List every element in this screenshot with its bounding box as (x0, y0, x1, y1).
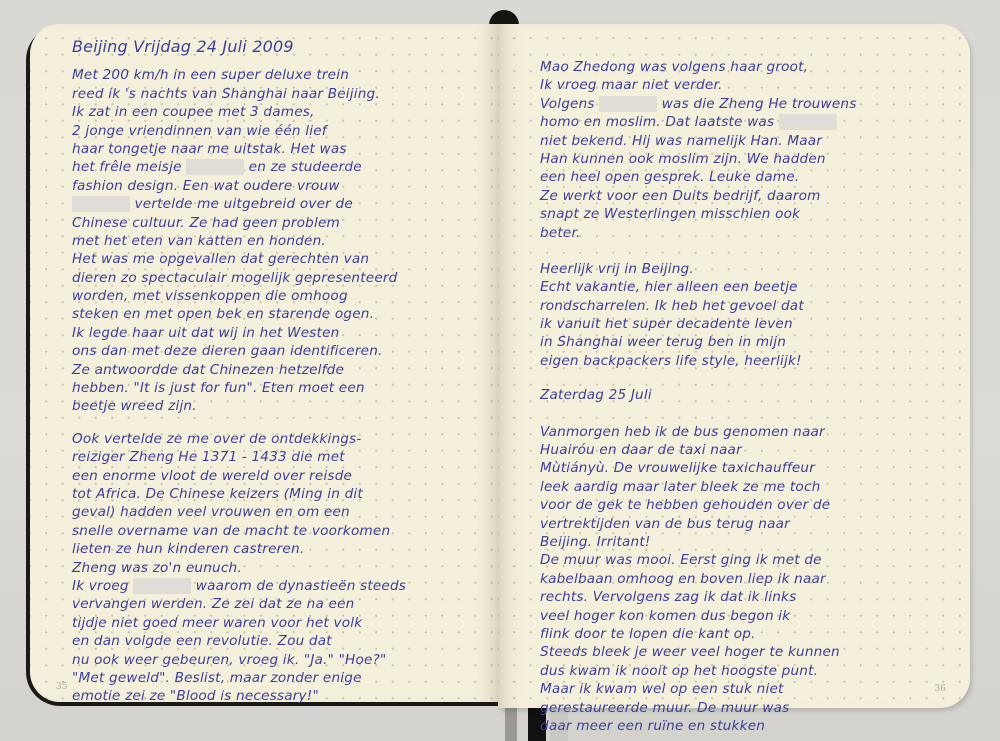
left-page-text: Beijing Vrijdag 24 Juli 2009 Met 200 km/… (72, 38, 488, 706)
handwritten-line: fashion design. Een wat oudere vrouw (72, 177, 488, 195)
paragraph: Zaterdag 25 Juli (540, 386, 960, 404)
handwritten-line: Volgens was die Zheng He trouwens (540, 95, 960, 113)
handwritten-line: Echt vakantie, hier alleen een beetje (540, 278, 960, 296)
left-page: Beijing Vrijdag 24 Juli 2009 Met 200 km/… (30, 24, 498, 702)
handwritten-line: Ik zat in een coupee met 3 dames, (72, 103, 488, 121)
right-paragraphs: Mao Zhedong was volgens haar groot,Ik vr… (540, 58, 960, 735)
handwritten-line: dieren zo spectaculair mogelijk gepresen… (72, 269, 488, 287)
handwritten-line: rechts. Vervolgens zag ik dat ik links (540, 588, 960, 606)
handwritten-line: Zaterdag 25 Juli (540, 386, 960, 404)
handwritten-line: lieten ze hun kinderen castreren. (72, 540, 488, 558)
handwritten-line: emotie zei ze "Blood is necessary!" (72, 687, 488, 705)
handwritten-line: vervangen werden. Ze zei dat ze na een (72, 595, 488, 613)
paragraph: Ook vertelde ze me over de ontdekkings-r… (72, 430, 488, 706)
handwritten-line: Mùtiányù. De vrouwelijke taxichauffeur (540, 459, 960, 477)
right-page-text: Mao Zhedong was volgens haar groot,Ik vr… (540, 58, 960, 735)
handwritten-line: Steeds bleek je weer veel hoger te kunne… (540, 643, 960, 661)
handwritten-line: Huairóu en daar de taxi naar (540, 441, 960, 459)
handwritten-line: niet bekend. Hij was namelijk Han. Maar (540, 132, 960, 150)
handwritten-line: flink door te lopen die kant op. (540, 625, 960, 643)
paragraph: Vanmorgen heb ik de bus genomen naarHuai… (540, 423, 960, 736)
handwritten-line: Zheng was zo'n eunuch. (72, 559, 488, 577)
handwritten-line: snapt ze Westerlingen misschien ook (540, 205, 960, 223)
entry-title: Beijing Vrijdag 24 Juli 2009 (72, 38, 488, 56)
handwritten-line: het frêle meisje en ze studeerde (72, 158, 488, 176)
handwritten-line: Vanmorgen heb ik de bus genomen naar (540, 423, 960, 441)
handwritten-line: beetje wreed zijn. (72, 397, 488, 415)
handwritten-line: en dan volgde een revolutie. Zou dat (72, 632, 488, 650)
handwritten-line: haar tongetje naar me uitstak. Het was (72, 140, 488, 158)
handwritten-line: Ik vroeg maar niet verder. (540, 76, 960, 94)
handwritten-line: steken en met open bek en starende ogen. (72, 305, 488, 323)
handwritten-line: hebben. "It is just for fun". Eten moet … (72, 379, 488, 397)
handwritten-line: vertrektijden van de bus terug naar (540, 515, 960, 533)
handwritten-line: ons dan met deze dieren gaan identificer… (72, 342, 488, 360)
page-number: 35 (56, 682, 67, 692)
handwritten-line: een heel open gesprek. Leuke dame. (540, 168, 960, 186)
paragraph: Mao Zhedong was volgens haar groot,Ik vr… (540, 58, 960, 242)
paragraph: Heerlijk vrij in Beijing.Echt vakantie, … (540, 260, 960, 370)
handwritten-line: Heerlijk vrij in Beijing. (540, 260, 960, 278)
handwritten-line: Ik legde haar uit dat wij in het Westen (72, 324, 488, 342)
redacted-name-block (779, 114, 837, 130)
handwritten-line: Maar ik kwam wel op een stuk niet (540, 680, 960, 698)
handwritten-line: geval) hadden veel vrouwen en om een (72, 503, 488, 521)
redacted-name-block (186, 159, 244, 175)
handwritten-line: Het was me opgevallen dat gerechten van (72, 250, 488, 268)
handwritten-line: tijdje niet goed meer waren voor het vol… (72, 614, 488, 632)
handwritten-line: Han kunnen ook moslim zijn. We hadden (540, 150, 960, 168)
page-number: 36 (935, 684, 946, 694)
handwritten-line: De muur was mooi. Eerst ging ik met de (540, 551, 960, 569)
redacted-name-block (599, 96, 657, 112)
paragraph: Met 200 km/h in een super deluxe treinre… (72, 66, 488, 415)
handwritten-line: dus kwam ik nooit op het hoogste punt. (540, 662, 960, 680)
handwritten-line: daar meer een ruïne en stukken (540, 717, 960, 735)
handwritten-line: worden, met vissenkoppen die omhoog (72, 287, 488, 305)
handwritten-line: Ik vroeg waarom de dynastieën steeds (72, 577, 488, 595)
handwritten-line: in Shanghai weer terug ben in mijn (540, 333, 960, 351)
handwritten-line: kabelbaan omhoog en boven liep ik naar (540, 570, 960, 588)
redacted-name-block (72, 196, 130, 212)
handwritten-line: gerestaureerde muur. De muur was (540, 699, 960, 717)
handwritten-line: voor de gek te hebben gehouden over de (540, 496, 960, 514)
handwritten-line: Chinese cultuur. Ze had geen problem (72, 214, 488, 232)
handwritten-line: "Met geweld". Beslist, maar zonder enige (72, 669, 488, 687)
handwritten-line: ik vanuit het super decadente leven (540, 315, 960, 333)
handwritten-line: Mao Zhedong was volgens haar groot, (540, 58, 960, 76)
handwritten-line: een enorme vloot de wereld over reisde (72, 467, 488, 485)
handwritten-line: Ze antwoordde dat Chinezen hetzelfde (72, 361, 488, 379)
handwritten-line: Ook vertelde ze me over de ontdekkings- (72, 430, 488, 448)
handwritten-line: met het eten van katten en honden. (72, 232, 488, 250)
handwritten-line: beter. (540, 224, 960, 242)
handwritten-line: tot Africa. De Chinese keizers (Ming in … (72, 485, 488, 503)
handwritten-line: 2 jonge vriendinnen van wie één lief (72, 122, 488, 140)
handwritten-line: eigen backpackers life style, heerlijk! (540, 352, 960, 370)
handwritten-line: reiziger Zheng He 1371 - 1433 die met (72, 448, 488, 466)
handwritten-line: nu ook weer gebeuren, vroeg ik. "Ja." "H… (72, 651, 488, 669)
handwritten-line: leek aardig maar later bleek ze me toch (540, 478, 960, 496)
handwritten-line: Met 200 km/h in een super deluxe trein (72, 66, 488, 84)
handwritten-line: vertelde me uitgebreid over de (72, 195, 488, 213)
right-page: Mao Zhedong was volgens haar groot,Ik vr… (498, 24, 970, 708)
redacted-name-block (133, 578, 191, 594)
handwritten-line: Ze werkt voor een Duits bedrijf, daarom (540, 187, 960, 205)
handwritten-line: veel hoger kon komen dus begon ik (540, 607, 960, 625)
handwritten-line: reed ik 's nachts van Shanghai naar Beij… (72, 85, 488, 103)
handwritten-line: rondscharrelen. Ik heb het gevoel dat (540, 297, 960, 315)
handwritten-line: snelle overname van de macht te voorkome… (72, 522, 488, 540)
left-paragraphs: Met 200 km/h in een super deluxe treinre… (72, 66, 488, 705)
handwritten-line: homo en moslim. Dat laatste was (540, 113, 960, 131)
handwritten-line: Beijing. Irritant! (540, 533, 960, 551)
